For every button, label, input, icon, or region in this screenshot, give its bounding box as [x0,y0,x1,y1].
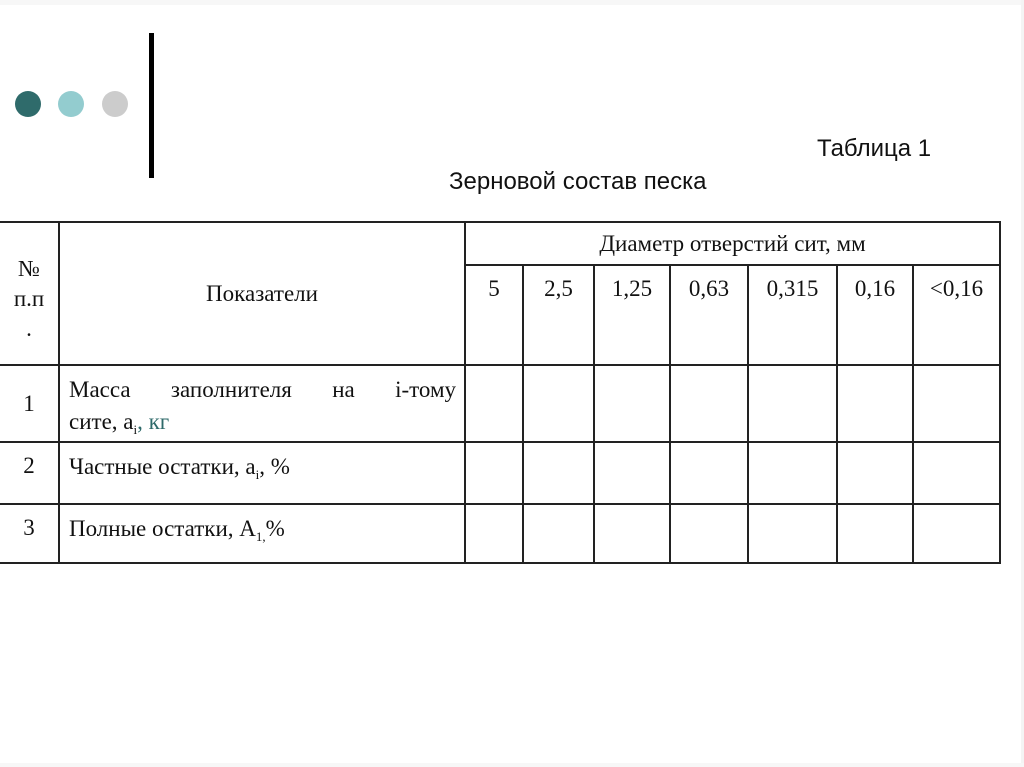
value-cell[interactable] [837,442,913,504]
header-number-cell: № п.п . [0,222,59,365]
value-cell[interactable] [748,504,837,563]
value-cell[interactable] [670,365,748,442]
header-diameter-group: Диаметр отверстий сит, мм [465,222,1000,265]
indicator-subscript: 1, [256,529,266,544]
table-title: Зерновой состав песка [449,168,707,196]
value-cell[interactable] [670,442,748,504]
sieve-size-cell: 5 [465,265,523,365]
sieve-size-cell: 2,5 [523,265,594,365]
sieve-size-cell: 1,25 [594,265,670,365]
row-number: 2 [0,442,59,504]
indicator-unit: , % [259,454,290,479]
row-number: 3 [0,504,59,563]
header-number-dot: . [0,314,58,344]
sieve-size-cell: <0,16 [913,265,1000,365]
header-number-abbr: п.п [0,284,58,314]
header-diameter-label: Диаметр отверстий сит, мм [599,231,865,256]
table-row: 1 Масса заполнителя на і-тому сите, аi, … [0,365,1000,442]
value-cell[interactable] [465,365,523,442]
header-number-symbol: № [0,254,58,284]
header-indicators-cell: Показатели [59,222,465,365]
value-cell[interactable] [913,442,1000,504]
decor-dot-grey [102,91,128,117]
value-cell[interactable] [523,504,594,563]
value-cell[interactable] [913,504,1000,563]
indicator-separator: , [137,409,149,434]
slide-bottom-edge [0,763,1024,767]
decor-dot-dark-teal [15,91,41,117]
decor-vertical-bar [149,33,154,178]
value-cell[interactable] [837,365,913,442]
sieve-size-cell: 0,315 [748,265,837,365]
indicator-text: сите, а [69,409,134,434]
row-indicator: Полные остатки, А1,% [59,504,465,563]
table-row: 3 Полные остатки, А1,% [0,504,1000,563]
value-cell[interactable] [594,442,670,504]
indicator-text: Полные остатки, А [69,516,256,541]
row-indicator: Частные остатки, аi, % [59,442,465,504]
value-cell[interactable] [594,365,670,442]
value-cell[interactable] [748,442,837,504]
value-cell[interactable] [594,504,670,563]
sieve-size-cell: 0,16 [837,265,913,365]
indicator-unit: % [266,516,285,541]
row-number: 1 [0,365,59,442]
value-cell[interactable] [913,365,1000,442]
indicator-text: Частные остатки, а [69,454,256,479]
value-cell[interactable] [837,504,913,563]
table-header-row: № п.п . Показатели Диаметр отверстий сит… [0,222,1000,265]
indicator-unit: кг [149,409,170,434]
grain-composition-table: № п.п . Показатели Диаметр отверстий сит… [0,221,1001,564]
slide-top-edge [0,0,1024,5]
sieve-size-cell: 0,63 [670,265,748,365]
value-cell[interactable] [748,365,837,442]
row-indicator-line2: сите, аi, кг [69,409,169,434]
decor-dot-light-teal [58,91,84,117]
row-indicator-line1: Масса заполнителя на і-тому [69,374,456,406]
table-row: 2 Частные остатки, аi, % [0,442,1000,504]
value-cell[interactable] [465,442,523,504]
header-indicators-label: Показатели [206,281,318,306]
value-cell[interactable] [523,365,594,442]
row-indicator: Масса заполнителя на і-тому сите, аi, кг [59,365,465,442]
value-cell[interactable] [523,442,594,504]
value-cell[interactable] [670,504,748,563]
table-number-caption: Таблица 1 [817,135,931,163]
value-cell[interactable] [465,504,523,563]
